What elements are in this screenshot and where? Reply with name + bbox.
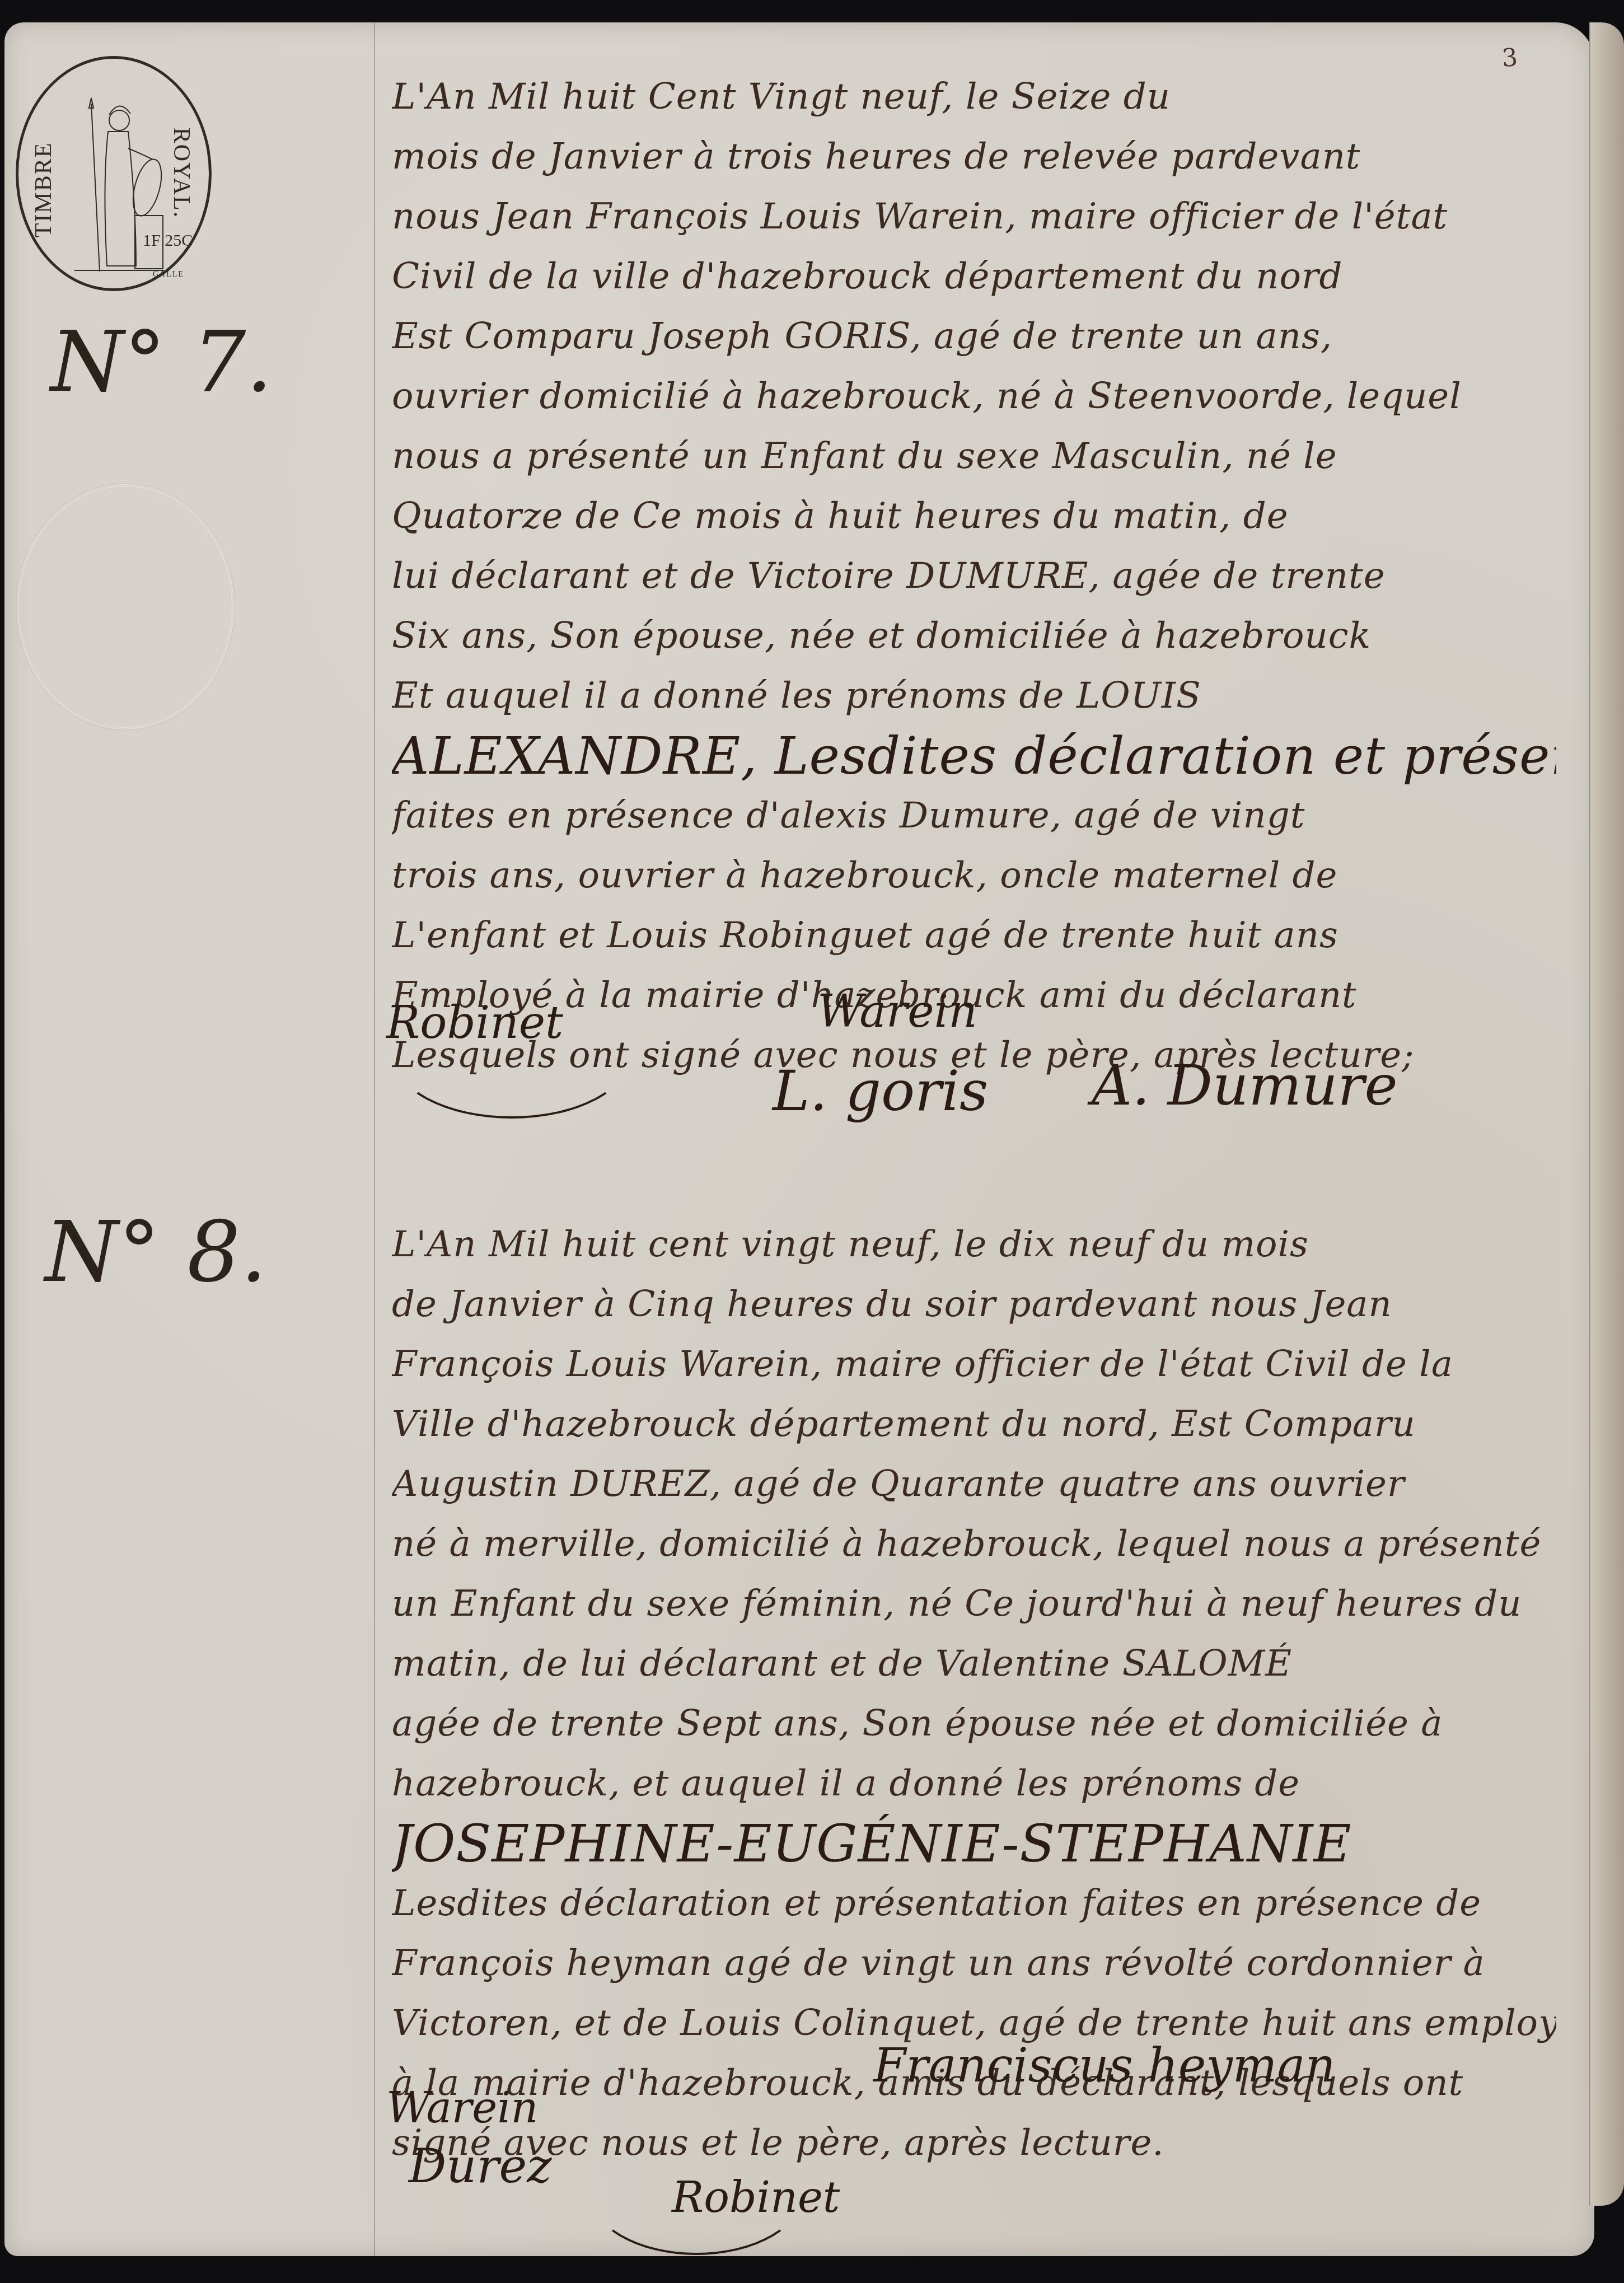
record-number-8: N° 8.	[45, 1204, 267, 1301]
signature-durez: Durez	[409, 2139, 552, 2193]
stamp-text-right: ROYAL.	[168, 128, 195, 219]
text-line: hazebrouck, et auquel il a donné les pré…	[392, 1754, 1556, 1814]
page-edge	[1589, 22, 1624, 2206]
text-line: né à merville, domicilié à hazebrouck, l…	[392, 1514, 1556, 1574]
text-line: L'An Mil huit Cent Vingt neuf, le Seize …	[392, 67, 1556, 127]
text-line: Lesdites déclaration et présentation fai…	[392, 1874, 1556, 1934]
text-line: lui déclarant et de Victoire DUMURE, agé…	[392, 546, 1556, 606]
text-line-child-name: JOSEPHINE-EUGÉNIE-STEPHANIE	[392, 1814, 1556, 1874]
text-line: Six ans, Son épouse, née et domiciliée à…	[392, 606, 1556, 666]
record-number-label: N°	[50, 314, 166, 411]
royal-stamp: TIMBRE ROYAL. 1F 25C GALLE	[16, 56, 212, 291]
stamp-engraver: GALLE	[153, 270, 184, 279]
text-line: trois ans, ouvrier à hazebrouck, oncle m…	[392, 846, 1556, 906]
signature-flourish	[392, 991, 631, 1119]
signature-dumure: A. Dumure	[1092, 1052, 1398, 1118]
signature-warein-2: Warein	[386, 2083, 538, 2132]
text-line: faites en présence d'alexis Dumure, agé …	[392, 786, 1556, 846]
stamp-price: 1F 25C	[143, 231, 193, 250]
record-8-text: L'An Mil huit cent vingt neuf, le dix ne…	[392, 1215, 1556, 2173]
text-line: matin, de lui déclarant et de Valentine …	[392, 1634, 1556, 1694]
record-number-7: N° 7.	[50, 314, 273, 411]
text-line: Civil de la ville d'hazebrouck départeme…	[392, 247, 1556, 307]
text-line: un Enfant du sexe féminin, né Ce jourd'h…	[392, 1574, 1556, 1634]
text-line: signé avec nous et le père, après lectur…	[392, 2113, 1556, 2173]
text-line: nous Jean François Louis Warein, maire o…	[392, 187, 1556, 247]
text-line: nous a présenté un Enfant du sexe Mascul…	[392, 427, 1556, 486]
record-number-value: 8.	[187, 1204, 267, 1301]
text-line: Augustin DUREZ, agé de Quarante quatre a…	[392, 1454, 1556, 1514]
signature-flourish	[588, 2127, 805, 2255]
record-7-text: L'An Mil huit Cent Vingt neuf, le Seize …	[392, 67, 1556, 1086]
margin-rule	[374, 22, 375, 2256]
embossed-seal	[17, 484, 234, 729]
stamp-text-left: TIMBRE	[30, 142, 57, 238]
signature-heyman: Franciscus heyman	[873, 2038, 1336, 2093]
text-line: Quatorze de Ce mois à huit heures du mat…	[392, 486, 1556, 546]
text-line: Est Comparu Joseph GORIS, agé de trente …	[392, 307, 1556, 367]
text-line-child-name: ALEXANDRE, Lesdites déclaration et prése…	[392, 726, 1556, 786]
record-number-label: N°	[45, 1204, 160, 1301]
text-line: François heyman agé de vingt un ans révo…	[392, 1934, 1556, 1994]
text-line: mois de Janvier à trois heures de relevé…	[392, 127, 1556, 187]
text-line: Et auquel il a donné les prénoms de LOUI…	[392, 666, 1556, 726]
record-number-value: 7.	[193, 314, 273, 411]
signature-goris: L. goris	[773, 1058, 988, 1124]
text-line: L'enfant et Louis Robinguet agé de trent…	[392, 906, 1556, 966]
text-line: de Janvier à Cinq heures du soir pardeva…	[392, 1275, 1556, 1335]
text-line: François Louis Warein, maire officier de…	[392, 1335, 1556, 1395]
text-line: L'An Mil huit cent vingt neuf, le dix ne…	[392, 1215, 1556, 1275]
text-line: ouvrier domicilié à hazebrouck, né à Ste…	[392, 367, 1556, 427]
signature-warein: Warein	[817, 985, 977, 1037]
text-line: agée de trente Sept ans, Son épouse née …	[392, 1694, 1556, 1754]
text-line: Ville d'hazebrouck département du nord, …	[392, 1395, 1556, 1454]
